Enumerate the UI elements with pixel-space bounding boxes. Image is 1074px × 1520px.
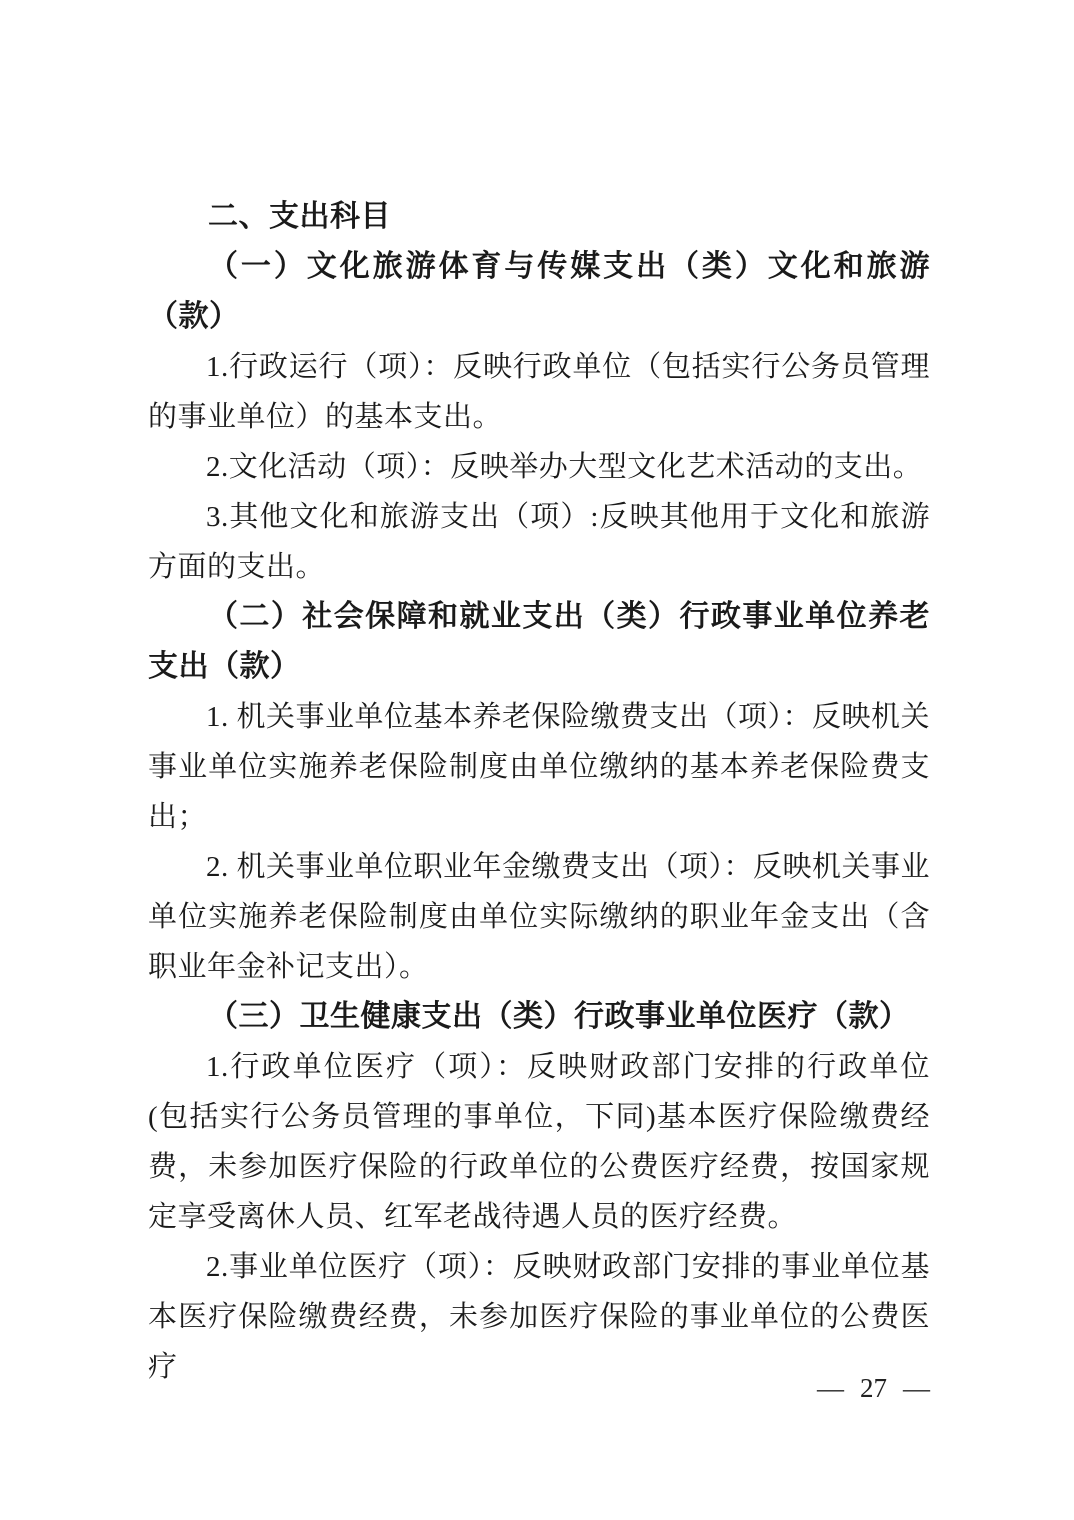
page-footer: — 27 — bbox=[817, 1368, 930, 1408]
paragraph-occupational-annuity: 2. 机关事业单位职业年金缴费支出（项）：反映机关事业单位实施养老保险制度由单位… bbox=[148, 842, 930, 992]
footer-right-dash: — bbox=[903, 1368, 930, 1408]
footer-left-dash: — bbox=[817, 1368, 844, 1408]
page-number: 27 bbox=[860, 1368, 887, 1408]
paragraph-basic-pension: 1. 机关事业单位基本养老保险缴费支出（项）：反映机关事业单位实施养老保险制度由… bbox=[148, 692, 930, 842]
document-content: 二、支出科目 （一）文化旅游体育与传媒支出（类）文化和旅游（款） 1.行政运行（… bbox=[148, 192, 930, 1392]
paragraph-cultural-activities: 2.文化活动（项）：反映举办大型文化艺术活动的支出。 bbox=[148, 442, 930, 492]
section-title-expenditure-items: 二、支出科目 bbox=[148, 192, 930, 242]
subsection-heading-social-security: （二）社会保障和就业支出（类）行政事业单位养老支出（款） bbox=[148, 592, 930, 692]
paragraph-admin-unit-medical: 1.行政单位医疗（项）：反映财政部门安排的行政单位(包括实行公务员管理的事单位，… bbox=[148, 1042, 930, 1242]
subsection-heading-health: （三）卫生健康支出（类）行政事业单位医疗（款） bbox=[148, 992, 930, 1042]
paragraph-other-culture-tourism: 3.其他文化和旅游支出（项）:反映其他用于文化和旅游方面的支出。 bbox=[148, 492, 930, 592]
paragraph-admin-operation: 1.行政运行（项）：反映行政单位（包括实行公务员管理的事业单位）的基本支出。 bbox=[148, 342, 930, 442]
document-page: 二、支出科目 （一）文化旅游体育与传媒支出（类）文化和旅游（款） 1.行政运行（… bbox=[0, 0, 1074, 1520]
subsection-heading-culture-tourism: （一）文化旅游体育与传媒支出（类）文化和旅游（款） bbox=[148, 242, 930, 342]
paragraph-institution-medical: 2.事业单位医疗（项）：反映财政部门安排的事业单位基本医疗保险缴费经费，未参加医… bbox=[148, 1242, 930, 1392]
